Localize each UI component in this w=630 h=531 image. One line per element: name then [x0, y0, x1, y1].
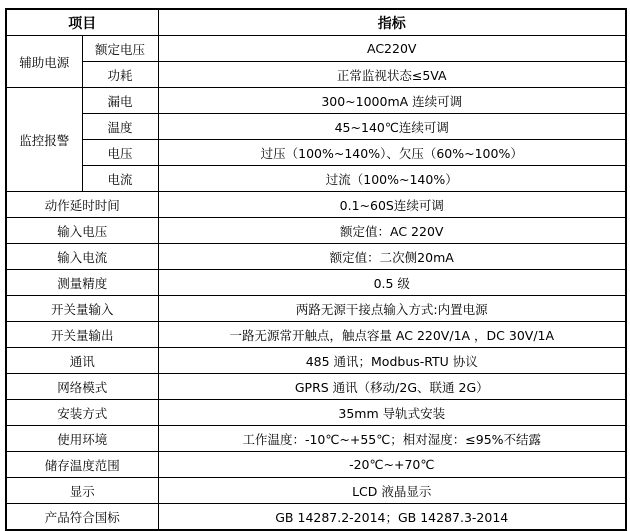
row-value: 额定值：AC 220V	[158, 218, 626, 244]
table-row: 安装方式 35mm 导轨式安装	[6, 400, 626, 426]
row-label: 储存温度范围	[6, 452, 158, 478]
row-label: 使用环境	[6, 426, 158, 452]
row-value: 两路无源干接点输入方式:内置电源	[158, 296, 626, 322]
row-value: 45~140℃连续可调	[158, 114, 626, 140]
row-value: 一路无源常开触点，触点容量 AC 220V/1A ，DC 30V/1A	[158, 322, 626, 348]
row-sublabel: 电流	[82, 166, 158, 192]
row-value: GB 14287.2-2014；GB 14287.3-2014	[158, 504, 626, 531]
row-value: 485 通讯；Modbus-RTU 协议	[158, 348, 626, 374]
row-sublabel: 额定电压	[82, 36, 158, 62]
row-value: AC220V	[158, 36, 626, 62]
table-row: 功耗 正常监视状态≤5VA	[6, 62, 626, 88]
row-value: 0.5 级	[158, 270, 626, 296]
header-item: 项目	[6, 9, 158, 36]
row-value: 额定值：二次侧20mA	[158, 244, 626, 270]
row-value: GPRS 通讯（移动/2G、联通 2G）	[158, 374, 626, 400]
row-label: 产品符合国标	[6, 504, 158, 531]
row-sublabel: 温度	[82, 114, 158, 140]
table-row: 使用环境 工作温度：-10℃~+55℃；相对湿度：≤95%不结露	[6, 426, 626, 452]
table-row: 监控报警 漏电 300~1000mA 连续可调	[6, 88, 626, 114]
table-row: 电流 过流（100%~140%）	[6, 166, 626, 192]
row-sublabel: 电压	[82, 140, 158, 166]
table-row: 开关量输入 两路无源干接点输入方式:内置电源	[6, 296, 626, 322]
row-label: 开关量输入	[6, 296, 158, 322]
row-label: 开关量输出	[6, 322, 158, 348]
row-value: 过流（100%~140%）	[158, 166, 626, 192]
table-row: 显示 LCD 液晶显示	[6, 478, 626, 504]
table-row: 输入电流 额定值：二次侧20mA	[6, 244, 626, 270]
row-label: 显示	[6, 478, 158, 504]
table-row: 产品符合国标 GB 14287.2-2014；GB 14287.3-2014	[6, 504, 626, 531]
row-sublabel: 功耗	[82, 62, 158, 88]
row-label: 网络模式	[6, 374, 158, 400]
row-label: 安装方式	[6, 400, 158, 426]
group-label-monitor-alarm: 监控报警	[6, 88, 82, 192]
table-row: 网络模式 GPRS 通讯（移动/2G、联通 2G）	[6, 374, 626, 400]
row-value: -20℃~+70℃	[158, 452, 626, 478]
table-row: 电压 过压（100%~140%）、欠压（60%~100%）	[6, 140, 626, 166]
row-value: 过压（100%~140%）、欠压（60%~100%）	[158, 140, 626, 166]
row-value: LCD 液晶显示	[158, 478, 626, 504]
header-spec: 指标	[158, 9, 626, 36]
table-row: 温度 45~140℃连续可调	[6, 114, 626, 140]
table-row: 开关量输出 一路无源常开触点，触点容量 AC 220V/1A ，DC 30V/1…	[6, 322, 626, 348]
row-value: 工作温度：-10℃~+55℃；相对湿度：≤95%不结露	[158, 426, 626, 452]
table-header-row: 项目 指标	[6, 9, 626, 36]
row-value: 正常监视状态≤5VA	[158, 62, 626, 88]
row-label: 输入电压	[6, 218, 158, 244]
row-label: 输入电流	[6, 244, 158, 270]
table-row: 动作延时时间 0.1~60S连续可调	[6, 192, 626, 218]
table-row: 输入电压 额定值：AC 220V	[6, 218, 626, 244]
row-label: 测量精度	[6, 270, 158, 296]
group-label-auxiliary-power: 辅助电源	[6, 36, 82, 88]
row-sublabel: 漏电	[82, 88, 158, 114]
row-label: 动作延时时间	[6, 192, 158, 218]
row-value: 0.1~60S连续可调	[158, 192, 626, 218]
row-value: 300~1000mA 连续可调	[158, 88, 626, 114]
table-row: 辅助电源 额定电压 AC220V	[6, 36, 626, 62]
table-row: 测量精度 0.5 级	[6, 270, 626, 296]
table-row: 储存温度范围 -20℃~+70℃	[6, 452, 626, 478]
row-value: 35mm 导轨式安装	[158, 400, 626, 426]
specification-table: 项目 指标 辅助电源 额定电压 AC220V 功耗 正常监视状态≤5VA 监控报…	[5, 8, 627, 531]
table-row: 通讯 485 通讯；Modbus-RTU 协议	[6, 348, 626, 374]
row-label: 通讯	[6, 348, 158, 374]
